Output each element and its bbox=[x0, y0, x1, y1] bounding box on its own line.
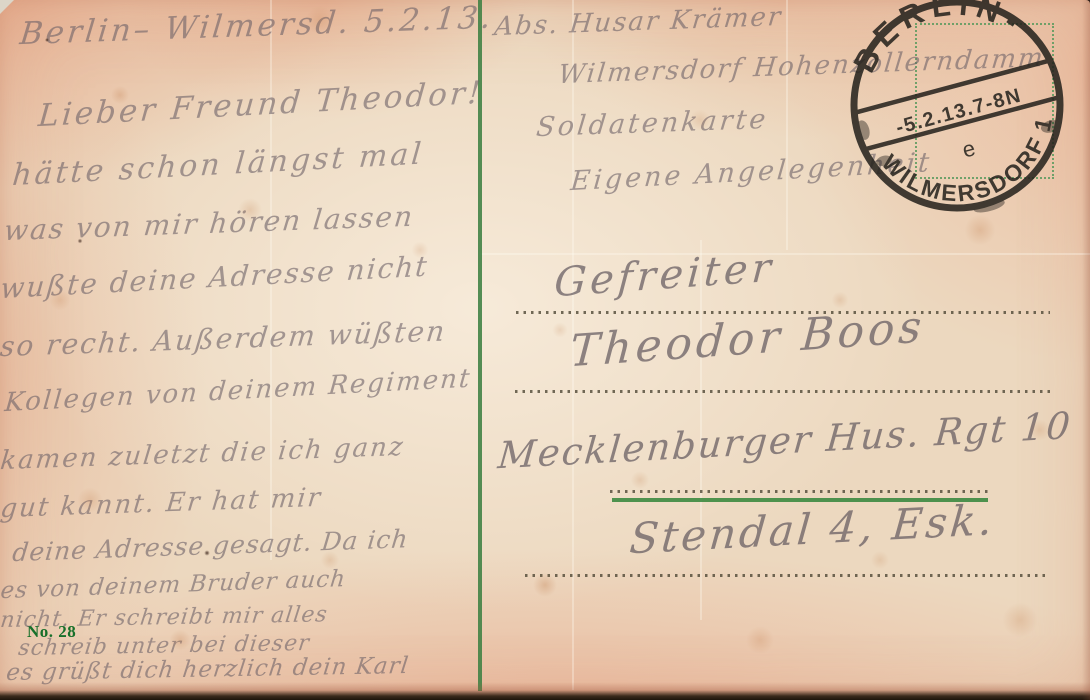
postcard-scan: No. 28 Berlin– Wilmersd. 5.2.13. Lieber … bbox=[0, 0, 1090, 700]
address-rule-3 bbox=[610, 490, 988, 493]
scan-right-edge bbox=[1082, 0, 1090, 700]
postmark-stamp: BERLIN- WILMERSDORF 1 -5.2.13.7-8N e bbox=[842, 0, 1072, 220]
postmark-code-letter: e bbox=[960, 135, 978, 162]
scan-bottom-edge bbox=[0, 682, 1090, 700]
address-rule-4 bbox=[525, 574, 1050, 577]
address-rule-2 bbox=[515, 390, 1050, 393]
